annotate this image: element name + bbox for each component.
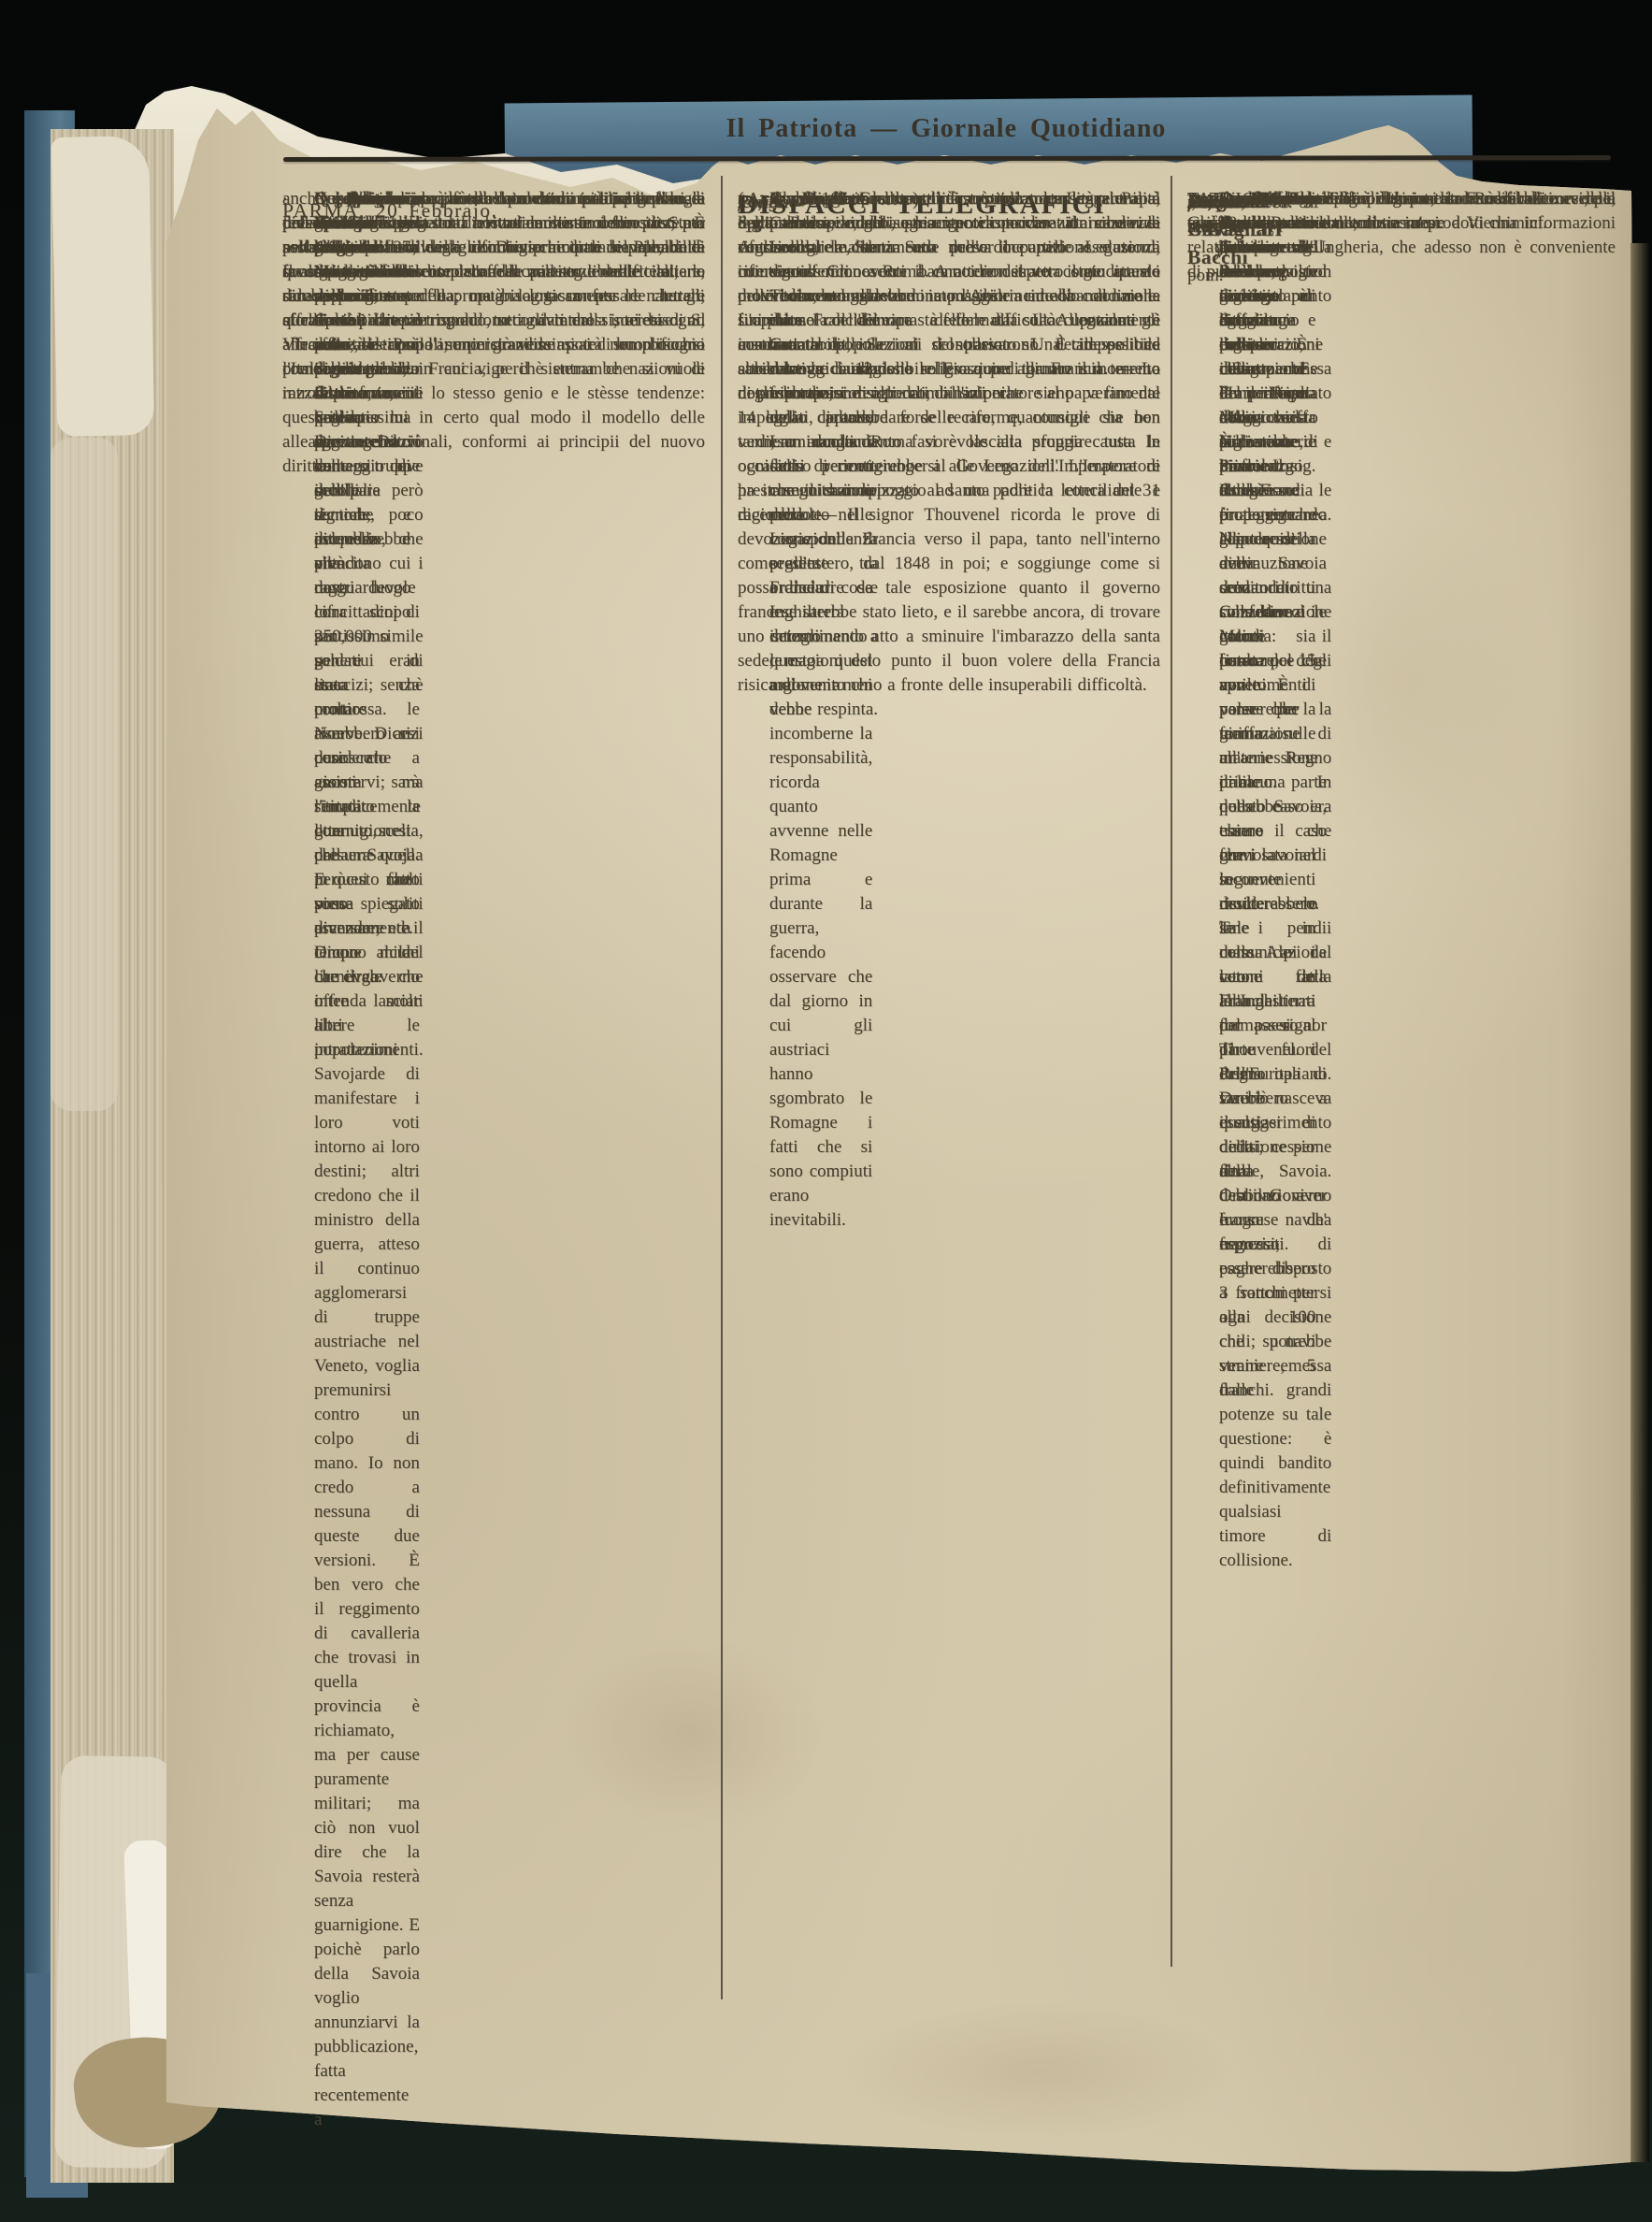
page-stack-crumple	[51, 136, 155, 437]
page-curl-edge	[1630, 243, 1649, 2162]
column-divider-2	[1171, 176, 1172, 1967]
text-segment: che le dette graziose sorelle si propong…	[314, 187, 400, 406]
text-segment: , 16. La Camera del Lords ha discusso in…	[769, 187, 878, 722]
end-mark: .	[282, 187, 288, 200]
text-segment: .	[738, 191, 742, 215]
book-scan: Il Patriota — Giornale Quotidiano anche …	[0, 0, 1652, 2222]
column-divider-1	[721, 176, 723, 1999]
text-segment: pubblica il rapporto del sig. Rouher, mi…	[1219, 187, 1315, 1403]
text-segment: PATRIOTA.	[1187, 187, 1287, 211]
page-stack-crumple	[50, 438, 118, 1111]
page-stack-edge	[50, 129, 174, 2183]
masthead-title: Il Patriota — Giornale Quotidiano	[280, 114, 1612, 144]
